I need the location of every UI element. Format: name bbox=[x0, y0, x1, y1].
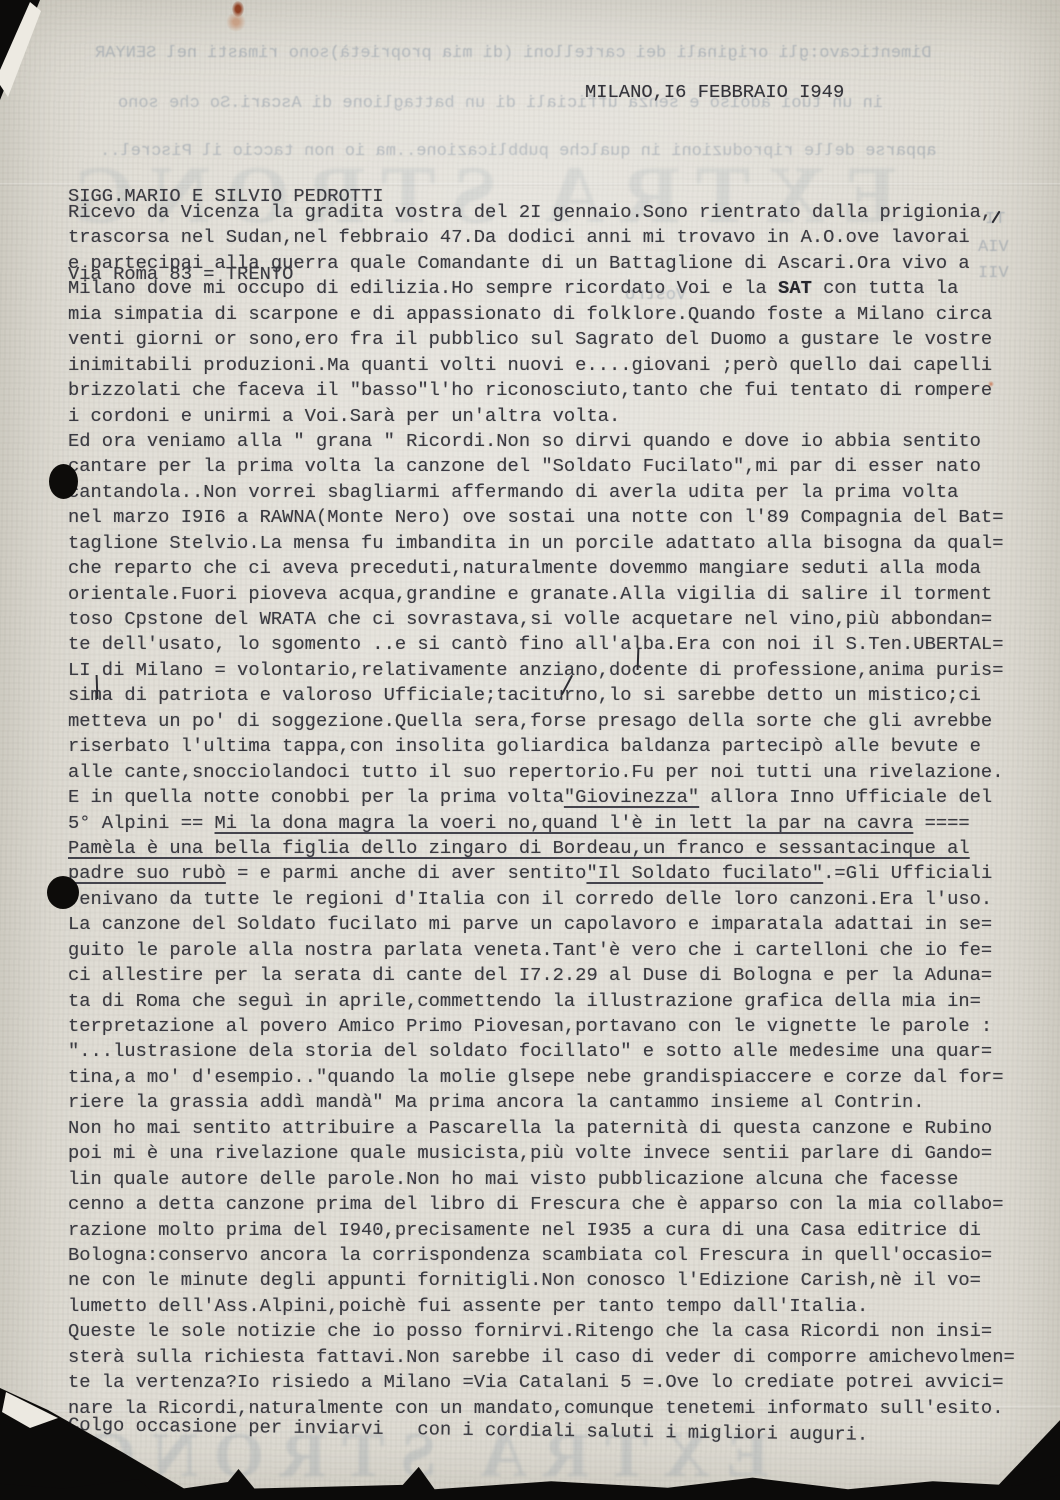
letter-line: e partecipai alla guerra quale Comandant… bbox=[68, 251, 1015, 276]
letter-line: LI di Milano = volontario,relativamente … bbox=[68, 658, 1015, 683]
letter-line: venti giorni or sono,ero fra il pubblico… bbox=[68, 327, 1015, 352]
letter-line: taglione Stelvio.La mensa fu imbandita i… bbox=[68, 531, 1015, 556]
letter-line: riere la grassia addì mandà" Ma prima an… bbox=[68, 1090, 1015, 1115]
scanned-letter-page: { "colors": { "background": "#0c0b0a", "… bbox=[0, 0, 1060, 1500]
letter-body: Ricevo da Vicenza la gradita vostra del … bbox=[68, 200, 1015, 1421]
letter-line: sterà sulla richiesta fattavi.Non sarebb… bbox=[68, 1345, 1015, 1370]
letter-line: padre suo rubò = e parmi anche di aver s… bbox=[68, 861, 1015, 886]
letter-line: i cordoni e unirmi a Voi.Sarà per un'alt… bbox=[68, 404, 1015, 429]
letter-line: che reparto che ci aveva preceduti,natur… bbox=[68, 556, 1015, 581]
letter-line: guito le parole alla nostra parlata vene… bbox=[68, 938, 1015, 963]
letter-line: mia simpatia di scarpone e di appassiona… bbox=[68, 302, 1015, 327]
letter-line: cantandola..Non vorrei sbagliarmi afferm… bbox=[68, 480, 1015, 505]
letter-line: cenno a detta canzone prima del libro di… bbox=[68, 1192, 1015, 1217]
letter-line: Pamèla è una bella figlia dello zingaro … bbox=[68, 836, 1015, 861]
letter-line: Ed ora veniamo alla " grana " Ricordi.No… bbox=[68, 429, 1015, 454]
letter-line: Ricevo da Vicenza la gradita vostra del … bbox=[68, 200, 1015, 225]
letter-line: razione molto prima del I940,precisament… bbox=[68, 1218, 1015, 1243]
letter-line: Milano dove mi occupo di edilizia.Ho sem… bbox=[68, 276, 1015, 301]
letter-line: La canzone del Soldato fucilato mi parve… bbox=[68, 912, 1015, 937]
letter-line: ta di Roma che seguì in aprile,commetten… bbox=[68, 989, 1015, 1014]
letter-line: sima di patriota e valoroso Ufficiale;ta… bbox=[68, 683, 1015, 708]
letter-line: E in quella notte conobbi per la prima v… bbox=[68, 785, 1015, 810]
rust-speck bbox=[988, 381, 994, 387]
letter-line: ne con le minute degli appunti fornitigl… bbox=[68, 1268, 1015, 1293]
letter-line: tina,a mo' d'esempio.."quando la molie g… bbox=[68, 1065, 1015, 1090]
letter-line: lin quale autore delle parole.Non ho mai… bbox=[68, 1167, 1015, 1192]
letter-line: inimitabili produzioni.Ma quanti volti n… bbox=[68, 353, 1015, 378]
letter-line: terpretazione al povero Amico Primo Piov… bbox=[68, 1014, 1015, 1039]
letter-line: te la vertenza?Io risiedo a Milano =Via … bbox=[68, 1370, 1015, 1395]
letter-line: lumetto dell'Ass.Alpini,poichè fui assen… bbox=[68, 1294, 1015, 1319]
letter-line: poi mi è una rivelazione quale musicista… bbox=[68, 1141, 1015, 1166]
letter-line: brizzolati che faceva il "basso"l'ho ric… bbox=[68, 378, 1015, 403]
hole-punch bbox=[47, 876, 79, 909]
letter-line: Bologna:conservo ancora la corrispondenz… bbox=[68, 1243, 1015, 1268]
letter-line: metteva un po' di soggezione.Quella sera… bbox=[68, 709, 1015, 734]
letter-line: alle cante,snocciolandoci tutto il suo r… bbox=[68, 760, 1015, 785]
letter-line: trascorsa nel Sudan,nel febbraio 47.Da d… bbox=[68, 225, 1015, 250]
letter-line: toso Cpstone del WRATA che ci sovrastava… bbox=[68, 607, 1015, 632]
letter-line: te dell'usato, lo sgomento ..e si cantò … bbox=[68, 632, 1015, 657]
letter-date: MILANO,I6 FEBBRAIO I949 bbox=[585, 81, 844, 103]
letter-line: "...lustrasione dela storia del soldato … bbox=[68, 1039, 1015, 1064]
letter-line: Queste le sole notizie che io posso forn… bbox=[68, 1319, 1015, 1344]
rust-stain bbox=[226, 12, 246, 32]
letter-line: cantare per la prima volta la canzone de… bbox=[68, 454, 1015, 479]
letter-line: riserbato l'ultima tappa,con insolita go… bbox=[68, 734, 1015, 759]
ghost-line: Dimenticavo:gli originali dei cartelloni… bbox=[95, 44, 932, 63]
letter-line: orientale.Fuori pioveva acqua,grandine e… bbox=[68, 582, 1015, 607]
letter-line: ci allestire per la serata di cante del … bbox=[68, 963, 1015, 988]
letter-line: nel marzo I9I6 a RAWNA(Monte Nero) ove s… bbox=[68, 505, 1015, 530]
hole-punch bbox=[49, 464, 78, 499]
letter-line: venivano da tutte le regioni d'Italia co… bbox=[68, 887, 1015, 912]
letter-line: 5° Alpini == Mi la dona magra la voeri n… bbox=[68, 811, 1015, 836]
letter-line: Non ho mai sentito attribuire a Pascarel… bbox=[68, 1116, 1015, 1141]
